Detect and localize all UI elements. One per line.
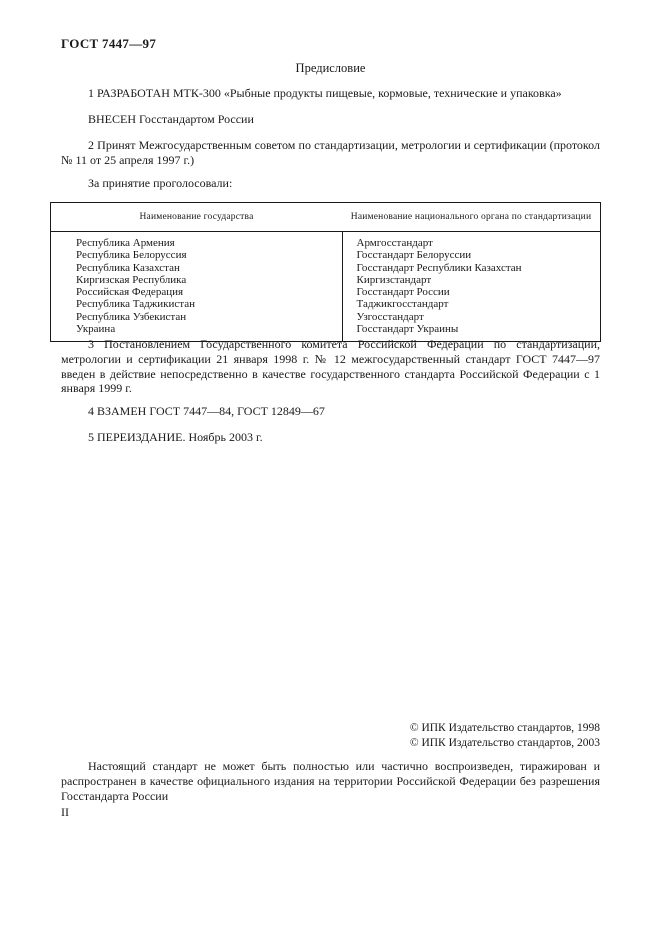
page-number: II (61, 805, 69, 820)
org-cell: Госстандарт Белоруссии (342, 249, 601, 261)
preface-item-3: 3 Постановлением Государственного комите… (61, 337, 600, 396)
state-cell: Республика Армения (51, 232, 343, 250)
preface-item-2: 2 Принят Межгосударственным советом по с… (61, 138, 600, 168)
header-state: Наименование государства (51, 203, 343, 232)
vote-intro: За принятие проголосовали: (61, 176, 600, 191)
table-row: Республика УзбекистанУзгосстандарт (51, 311, 601, 323)
vote-table-header: Наименование государства Наименование на… (51, 203, 601, 232)
table-row: Киргизская РеспубликаКиргизстандарт (51, 274, 601, 286)
table-row: Республика ТаджикистанТаджикгосстандарт (51, 298, 601, 310)
state-cell: Республика Белоруссия (51, 249, 343, 261)
table-row: Республика АрменияАрмгосстандарт (51, 232, 601, 250)
vote-table: Наименование государства Наименование на… (50, 202, 601, 342)
state-cell: Российская Федерация (51, 286, 343, 298)
copyright-line-2003: © ИПК Издательство стандартов, 2003 (61, 736, 600, 751)
preface-item-1: 1 РАЗРАБОТАН МТК-300 «Рыбные продукты пи… (61, 86, 600, 101)
preface-item-5: 5 ПЕРЕИЗДАНИЕ. Ноябрь 2003 г. (61, 430, 600, 445)
page-title: Предисловие (61, 61, 600, 76)
document-page: ГОСТ 7447—97 Предисловие 1 РАЗРАБОТАН МТ… (0, 0, 661, 936)
org-cell: Киргизстандарт (342, 274, 601, 286)
doc-code: ГОСТ 7447—97 (61, 36, 156, 52)
table-row: Республика БелоруссияГосстандарт Белорус… (51, 249, 601, 261)
copyright-block: © ИПК Издательство стандартов, 1998 © ИП… (61, 721, 600, 750)
table-row: Российская ФедерацияГосстандарт России (51, 286, 601, 298)
org-cell: Армгосстандарт (342, 232, 601, 250)
header-row: Наименование государства Наименование на… (51, 203, 601, 232)
vote-table-body: Республика АрменияАрмгосстандартРеспубли… (51, 232, 601, 342)
org-cell: Таджикгосстандарт (342, 298, 601, 310)
org-cell: Узгосстандарт (342, 311, 601, 323)
state-cell: Киргизская Республика (51, 274, 343, 286)
state-cell: Республика Узбекистан (51, 311, 343, 323)
state-cell: Республика Таджикистан (51, 298, 343, 310)
preface-item-4: 4 ВЗАМЕН ГОСТ 7447—84, ГОСТ 12849—67 (61, 404, 600, 419)
table-row: Республика КазахстанГосстандарт Республи… (51, 262, 601, 274)
preface-item-1-sub: ВНЕСЕН Госстандартом России (61, 112, 600, 127)
copyright-line-1998: © ИПК Издательство стандартов, 1998 (61, 721, 600, 736)
state-cell: Республика Казахстан (51, 262, 343, 274)
org-cell: Госстандарт Республики Казахстан (342, 262, 601, 274)
org-cell: Госстандарт России (342, 286, 601, 298)
header-org: Наименование национального органа по ста… (342, 203, 601, 232)
distribution-notice: Настоящий стандарт не может быть полност… (61, 759, 600, 803)
